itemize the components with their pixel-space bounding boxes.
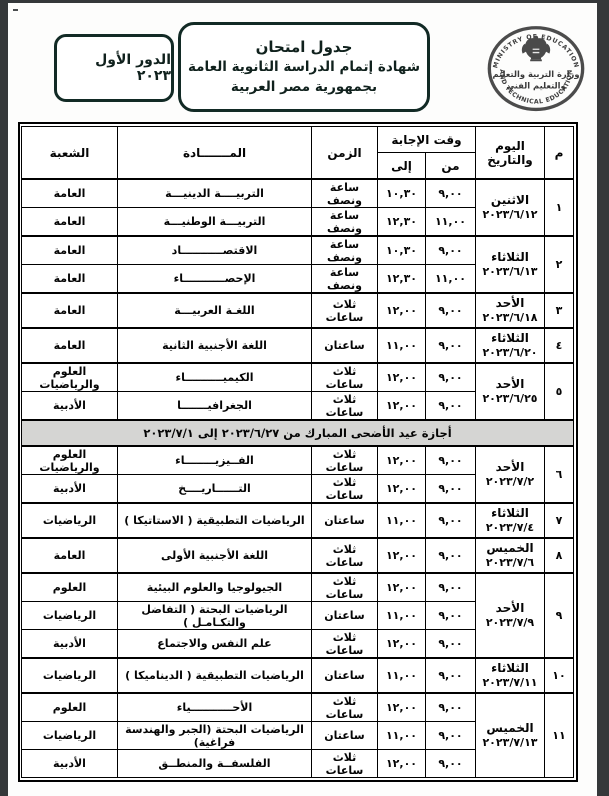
to-time-cell: ١٢,٠٠ bbox=[378, 630, 426, 659]
to-time-cell: ١١,٠٠ bbox=[378, 722, 426, 750]
serial-cell: ٣ bbox=[545, 293, 574, 328]
from-time-cell: ١١,٠٠ bbox=[426, 208, 476, 237]
subject-cell: الرياضيات التطبيقية ( الديناميكا ) bbox=[118, 658, 312, 693]
day-name: الثلاثاء bbox=[478, 250, 542, 265]
subject-cell: التــــــاريــــخ bbox=[118, 475, 312, 504]
branch-cell: العامة bbox=[22, 179, 118, 208]
day-date-cell: الثلاثاء٢٠٢٣/٧/١١ bbox=[476, 658, 545, 693]
to-time-cell: ١٢,٣٠ bbox=[378, 208, 426, 237]
to-time-cell: ١١,٠٠ bbox=[378, 602, 426, 630]
date-value: ٢٠٢٣/٦/٢٠ bbox=[478, 346, 542, 360]
table-row: ١١الخميس٢٠٢٣/٧/١٣٩,٠٠١٢,٠٠ثلاث ساعاتالأح… bbox=[22, 693, 574, 722]
serial-cell: ٤ bbox=[545, 328, 574, 363]
duration-cell: ساعة ونصف bbox=[312, 208, 378, 237]
subject-cell: علم النفس والاجتماع bbox=[118, 630, 312, 659]
branch-cell: العلوم bbox=[22, 693, 118, 722]
day-name: الثلاثاء bbox=[478, 331, 542, 346]
holiday-banner-row: أجازة عيد الأضحى المبارك من ٢٠٢٣/٦/٢٧ إل… bbox=[22, 420, 574, 446]
title-line-1: جدول امتحان bbox=[256, 37, 353, 57]
from-time-cell: ٩,٠٠ bbox=[426, 573, 476, 602]
exam-round-box: الدور الأول ٢٠٢٣ bbox=[54, 34, 174, 102]
day-date-cell: الأحد٢٠٢٣/٧/٢ bbox=[476, 446, 545, 503]
branch-cell: الأدبية bbox=[22, 750, 118, 778]
from-time-cell: ٩,٠٠ bbox=[426, 630, 476, 659]
date-value: ٢٠٢٣/٦/١٣ bbox=[478, 265, 542, 279]
serial-cell: ٢ bbox=[545, 236, 574, 293]
from-time-cell: ٩,٠٠ bbox=[426, 392, 476, 421]
day-date-cell: الثلاثاء٢٠٢٣/٦/٢٠ bbox=[476, 328, 545, 363]
subject-cell: اللغة الأجنبية الأولى bbox=[118, 538, 312, 573]
branch-cell: الرياضيات bbox=[22, 658, 118, 693]
branch-cell: العامة bbox=[22, 328, 118, 363]
subject-cell: التربيـــة الوطنيـــة bbox=[118, 208, 312, 237]
subject-cell: الفــيزيــــــــاء bbox=[118, 446, 312, 475]
table-row: ٨الخميس٢٠٢٣/٧/٦٩,٠٠١٢,٠٠ثلاث ساعاتاللغة … bbox=[22, 538, 574, 573]
duration-cell: ساعة ونصف bbox=[312, 179, 378, 208]
subject-cell: الإحصـــــــــــاء bbox=[118, 265, 312, 294]
table-row: ٥الأحد٢٠٢٣/٦/٢٥٩,٠٠١٢,٠٠ثلاث ساعاتالكيمي… bbox=[22, 363, 574, 392]
day-name: الثلاثاء bbox=[478, 661, 542, 676]
duration-cell: ثلاث ساعات bbox=[312, 750, 378, 778]
date-value: ٢٠٢٣/٧/٩ bbox=[478, 616, 542, 630]
header-to: إلى bbox=[378, 153, 426, 180]
serial-cell: ٩ bbox=[545, 573, 574, 658]
duration-cell: ثلاث ساعات bbox=[312, 363, 378, 392]
branch-cell: العامة bbox=[22, 208, 118, 237]
table-row: ٩الأحد٢٠٢٣/٧/٩٩,٠٠١٢,٠٠ثلاث ساعاتالجيولو… bbox=[22, 573, 574, 602]
duration-cell: ساعتان bbox=[312, 503, 378, 538]
serial-cell: ٨ bbox=[545, 538, 574, 573]
date-value: ٢٠٢٣/٧/١٣ bbox=[478, 736, 542, 750]
to-time-cell: ١٢,٠٠ bbox=[378, 693, 426, 722]
serial-cell: ٧ bbox=[545, 503, 574, 538]
branch-cell: الرياضيات bbox=[22, 602, 118, 630]
branch-cell: الرياضيات bbox=[22, 722, 118, 750]
duration-cell: ثلاث ساعات bbox=[312, 293, 378, 328]
table-row: ١٠الثلاثاء٢٠٢٣/٧/١١٩,٠٠١١,٠٠ساعتانالرياض… bbox=[22, 658, 574, 693]
day-date-cell: الخميس٢٠٢٣/٧/١٣ bbox=[476, 693, 545, 778]
ministry-seal: MINISTRY OF EDUCATION AND TECHNICAL EDUC… bbox=[486, 25, 586, 113]
branch-cell: العامة bbox=[22, 265, 118, 294]
day-name: الثلاثاء bbox=[478, 506, 542, 521]
from-time-cell: ٩,٠٠ bbox=[426, 503, 476, 538]
day-date-cell: الخميس٢٠٢٣/٧/٦ bbox=[476, 538, 545, 573]
duration-cell: ثلاث ساعات bbox=[312, 630, 378, 659]
serial-cell: ١ bbox=[545, 179, 574, 236]
title-line-2: شهادة إتمام الدراسة الثانوية العامة bbox=[188, 57, 420, 77]
seal-arabic-line1: وزارة التربية والتعليم bbox=[492, 69, 579, 80]
from-time-cell: ٩,٠٠ bbox=[426, 363, 476, 392]
duration-cell: ساعتان bbox=[312, 722, 378, 750]
to-time-cell: ١١,٠٠ bbox=[378, 658, 426, 693]
holiday-banner: أجازة عيد الأضحى المبارك من ٢٠٢٣/٦/٢٧ إل… bbox=[22, 420, 574, 446]
header-branch: الشعبة bbox=[22, 127, 118, 180]
branch-cell: الأدبية bbox=[22, 475, 118, 504]
from-time-cell: ٩,٠٠ bbox=[426, 446, 476, 475]
duration-cell: ثلاث ساعات bbox=[312, 475, 378, 504]
day-date-cell: الأحد٢٠٢٣/٦/١٨ bbox=[476, 293, 545, 328]
from-time-cell: ٩,٠٠ bbox=[426, 328, 476, 363]
header-subject: المـــــــادة bbox=[118, 127, 312, 180]
duration-cell: ساعة ونصف bbox=[312, 236, 378, 265]
header-answer-time: وقت الإجابة bbox=[378, 127, 476, 153]
day-name: الاثنين bbox=[478, 193, 542, 208]
seal-arabic-line2: والتعليم الفني bbox=[506, 81, 565, 92]
from-time-cell: ٩,٠٠ bbox=[426, 293, 476, 328]
to-time-cell: ١٢,٠٠ bbox=[378, 573, 426, 602]
branch-cell: الأدبية bbox=[22, 630, 118, 659]
branch-cell: العامة bbox=[22, 236, 118, 265]
to-time-cell: ١٠,٣٠ bbox=[378, 236, 426, 265]
subject-cell: الفلسفــة والمنطــق bbox=[118, 750, 312, 778]
day-name: الأحد bbox=[478, 601, 542, 616]
date-value: ٢٠٢٣/٧/٤ bbox=[478, 521, 542, 535]
table-row: ٧الثلاثاء٢٠٢٣/٧/٤٩,٠٠١١,٠٠ساعتانالرياضيا… bbox=[22, 503, 574, 538]
day-name: الأحد bbox=[478, 296, 542, 311]
date-value: ٢٠٢٣/٦/١٢ bbox=[478, 208, 542, 222]
schedule-table-body: ١الاثنين٢٠٢٣/٦/١٢٩,٠٠١٠,٣٠ساعة ونصفالترب… bbox=[22, 179, 574, 778]
branch-cell: العلوم والرياضيات bbox=[22, 363, 118, 392]
subject-cell: الكيميــــــــــاء bbox=[118, 363, 312, 392]
document-page: MINISTRY OF EDUCATION AND TECHNICAL EDUC… bbox=[8, 3, 597, 796]
from-time-cell: ٩,٠٠ bbox=[426, 538, 476, 573]
to-time-cell: ١٢,٠٠ bbox=[378, 475, 426, 504]
day-name: الأحد bbox=[478, 460, 542, 475]
day-name: الخميس bbox=[478, 541, 542, 556]
subject-cell: التربيــــة الدينيـــة bbox=[118, 179, 312, 208]
header-serial: م bbox=[545, 127, 574, 180]
serial-cell: ٥ bbox=[545, 363, 574, 420]
table-row: ٣الأحد٢٠٢٣/٦/١٨٩,٠٠١٢,٠٠ثلاث ساعاتاللغـة… bbox=[22, 293, 574, 328]
subject-cell: اللغـة العربيـــة bbox=[118, 293, 312, 328]
date-value: ٢٠٢٣/٦/٢٥ bbox=[478, 392, 542, 406]
from-time-cell: ٩,٠٠ bbox=[426, 236, 476, 265]
subject-cell: الرياضيات البحتة (الجبر والهندسة فراغية) bbox=[118, 722, 312, 750]
to-time-cell: ١٢,٠٠ bbox=[378, 538, 426, 573]
to-time-cell: ١١,٠٠ bbox=[378, 503, 426, 538]
schedule-table: م اليوم والتاريخ وقت الإجابة الزمن المــ… bbox=[21, 126, 574, 778]
subject-cell: الأحـــــــــــياء bbox=[118, 693, 312, 722]
serial-cell: ٦ bbox=[545, 446, 574, 503]
header-day-date: اليوم والتاريخ bbox=[476, 127, 545, 180]
day-date-cell: الأحد٢٠٢٣/٦/٢٥ bbox=[476, 363, 545, 420]
from-time-cell: ٩,٠٠ bbox=[426, 693, 476, 722]
subject-cell: اللغة الأجنبية الثانية bbox=[118, 328, 312, 363]
date-value: ٢٠٢٣/٧/١١ bbox=[478, 676, 542, 690]
from-time-cell: ٩,٠٠ bbox=[426, 602, 476, 630]
table-row: ٢الثلاثاء٢٠٢٣/٦/١٣٩,٠٠١٠,٣٠ساعة ونصفالاق… bbox=[22, 236, 574, 265]
branch-cell: العلوم bbox=[22, 573, 118, 602]
branch-cell: العلوم والرياضيات bbox=[22, 446, 118, 475]
duration-cell: ساعتان bbox=[312, 328, 378, 363]
duration-cell: ثلاث ساعات bbox=[312, 392, 378, 421]
day-name: الخميس bbox=[478, 721, 542, 736]
from-time-cell: ٩,٠٠ bbox=[426, 750, 476, 778]
subject-cell: الجيولوجيا والعلوم البيئية bbox=[118, 573, 312, 602]
day-date-cell: الأحد٢٠٢٣/٧/٩ bbox=[476, 573, 545, 658]
duration-cell: ساعتان bbox=[312, 658, 378, 693]
to-time-cell: ١٢,٠٠ bbox=[378, 363, 426, 392]
duration-cell: ثلاث ساعات bbox=[312, 573, 378, 602]
branch-cell: الأدبية bbox=[22, 392, 118, 421]
to-time-cell: ١١,٠٠ bbox=[378, 328, 426, 363]
header-duration: الزمن bbox=[312, 127, 378, 180]
to-time-cell: ١٢,٠٠ bbox=[378, 446, 426, 475]
branch-cell: العامة bbox=[22, 293, 118, 328]
to-time-cell: ١٢,٠٠ bbox=[378, 293, 426, 328]
date-value: ٢٠٢٣/٧/٦ bbox=[478, 556, 542, 570]
subject-cell: الرياضيات البحتة ( التفاضل والتكـامـل ) bbox=[118, 602, 312, 630]
subject-cell: الرياضيات التطبيقية ( الاستاتيكا ) bbox=[118, 503, 312, 538]
table-row: ٦الأحد٢٠٢٣/٧/٢٩,٠٠١٢,٠٠ثلاث ساعاتالفــيز… bbox=[22, 446, 574, 475]
header-from: من bbox=[426, 153, 476, 180]
date-value: ٢٠٢٣/٧/٢ bbox=[478, 475, 542, 489]
from-time-cell: ١١,٠٠ bbox=[426, 265, 476, 294]
duration-cell: ثلاث ساعات bbox=[312, 446, 378, 475]
exam-title-box: جدول امتحان شهادة إتمام الدراسة الثانوية… bbox=[178, 22, 430, 112]
to-time-cell: ١٠,٣٠ bbox=[378, 179, 426, 208]
to-time-cell: ١٢,٣٠ bbox=[378, 265, 426, 294]
serial-cell: ١٠ bbox=[545, 658, 574, 693]
day-name: الأحد bbox=[478, 377, 542, 392]
duration-cell: ساعتان bbox=[312, 602, 378, 630]
day-date-cell: الثلاثاء٢٠٢٣/٦/١٣ bbox=[476, 236, 545, 293]
subject-cell: الاقتصـــــــــــاد bbox=[118, 236, 312, 265]
duration-cell: ثلاث ساعات bbox=[312, 693, 378, 722]
branch-cell: الرياضيات bbox=[22, 503, 118, 538]
day-date-cell: الاثنين٢٠٢٣/٦/١٢ bbox=[476, 179, 545, 236]
scanned-exam-schedule-page: { "page": { "round_box": "الدور الأول ٢٠… bbox=[0, 0, 609, 796]
scan-artifact bbox=[13, 9, 18, 11]
from-time-cell: ٩,٠٠ bbox=[426, 475, 476, 504]
duration-cell: ساعة ونصف bbox=[312, 265, 378, 294]
day-date-cell: الثلاثاء٢٠٢٣/٧/٤ bbox=[476, 503, 545, 538]
schedule-table-frame: م اليوم والتاريخ وقت الإجابة الزمن المــ… bbox=[18, 122, 578, 782]
from-time-cell: ٩,٠٠ bbox=[426, 722, 476, 750]
title-line-3: بجمهورية مصر العربية bbox=[231, 77, 377, 97]
table-row: ٤الثلاثاء٢٠٢٣/٦/٢٠٩,٠٠١١,٠٠ساعتاناللغة ا… bbox=[22, 328, 574, 363]
to-time-cell: ١٢,٠٠ bbox=[378, 392, 426, 421]
date-value: ٢٠٢٣/٦/١٨ bbox=[478, 311, 542, 325]
duration-cell: ثلاث ساعات bbox=[312, 538, 378, 573]
table-row: ١الاثنين٢٠٢٣/٦/١٢٩,٠٠١٠,٣٠ساعة ونصفالترب… bbox=[22, 179, 574, 208]
branch-cell: العامة bbox=[22, 538, 118, 573]
to-time-cell: ١٢,٠٠ bbox=[378, 750, 426, 778]
from-time-cell: ٩,٠٠ bbox=[426, 179, 476, 208]
serial-cell: ١١ bbox=[545, 693, 574, 778]
from-time-cell: ٩,٠٠ bbox=[426, 658, 476, 693]
subject-cell: الجغرافيـــــــا bbox=[118, 392, 312, 421]
